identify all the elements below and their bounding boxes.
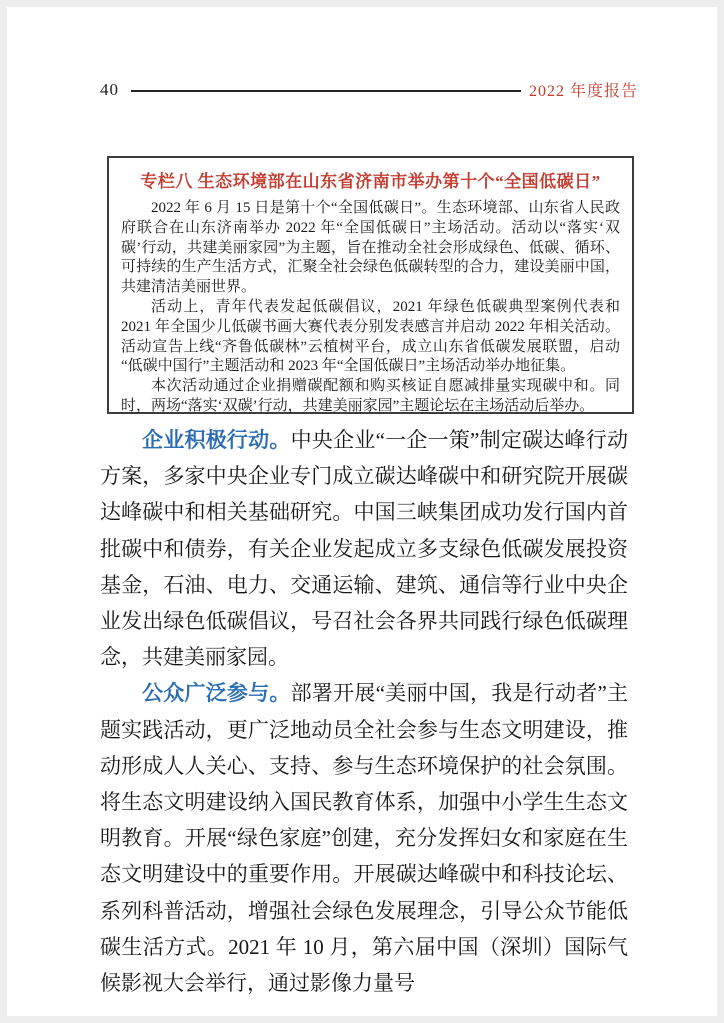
page-header: 40 2022 年度报告 xyxy=(100,78,638,101)
paragraph-text: 中央企业“一企一策”制定碳达峰行动方案，多家中央企业专门成立碳达峰碳中和研究院开… xyxy=(100,428,628,669)
box-paragraph: 本次活动通过企业捐赠碳配额和购买核证自愿减排量实现碳中和。同时，两场“落实‘双碳… xyxy=(121,377,620,417)
column-box-title: 专栏八 生态环境部在山东省济南市举办第十个“全国低碳日” xyxy=(121,167,620,192)
box-paragraph: 活动上，青年代表发起低碳倡议，2021 年绿色低碳典型案例代表和 2021 年全… xyxy=(121,298,620,377)
header-report-title: 2022 年度报告 xyxy=(529,78,638,101)
paragraph-lead-in: 企业积极行动。 xyxy=(142,428,291,452)
paragraph-enterprise-action: 企业积极行动。中央企业“一企一策”制定碳达峰行动方案，多家中央企业专门成立碳达峰… xyxy=(100,422,628,675)
box-paragraph: 2022 年 6 月 15 日是第十个“全国低碳日”。生态环境部、山东省人民政府… xyxy=(121,199,620,298)
report-page: 40 2022 年度报告 专栏八 生态环境部在山东省济南市举办第十个“全国低碳日… xyxy=(7,7,717,1016)
paragraph-text: 部署开展“美丽中国，我是行动者”主题实践活动，更广泛地动员全社会参与生态文明建设… xyxy=(100,681,628,995)
body-text: 企业积极行动。中央企业“一企一策”制定碳达峰行动方案，多家中央企业专门成立碳达峰… xyxy=(100,422,628,1001)
paragraph-public-participation: 公众广泛参与。部署开展“美丽中国，我是行动者”主题实践活动，更广泛地动员全社会参… xyxy=(100,675,628,1001)
paragraph-lead-in: 公众广泛参与。 xyxy=(142,681,291,705)
page-number: 40 xyxy=(100,80,119,100)
column-8-box: 专栏八 生态环境部在山东省济南市举办第十个“全国低碳日” 2022 年 6 月 … xyxy=(107,156,634,414)
header-divider-line xyxy=(131,90,521,92)
